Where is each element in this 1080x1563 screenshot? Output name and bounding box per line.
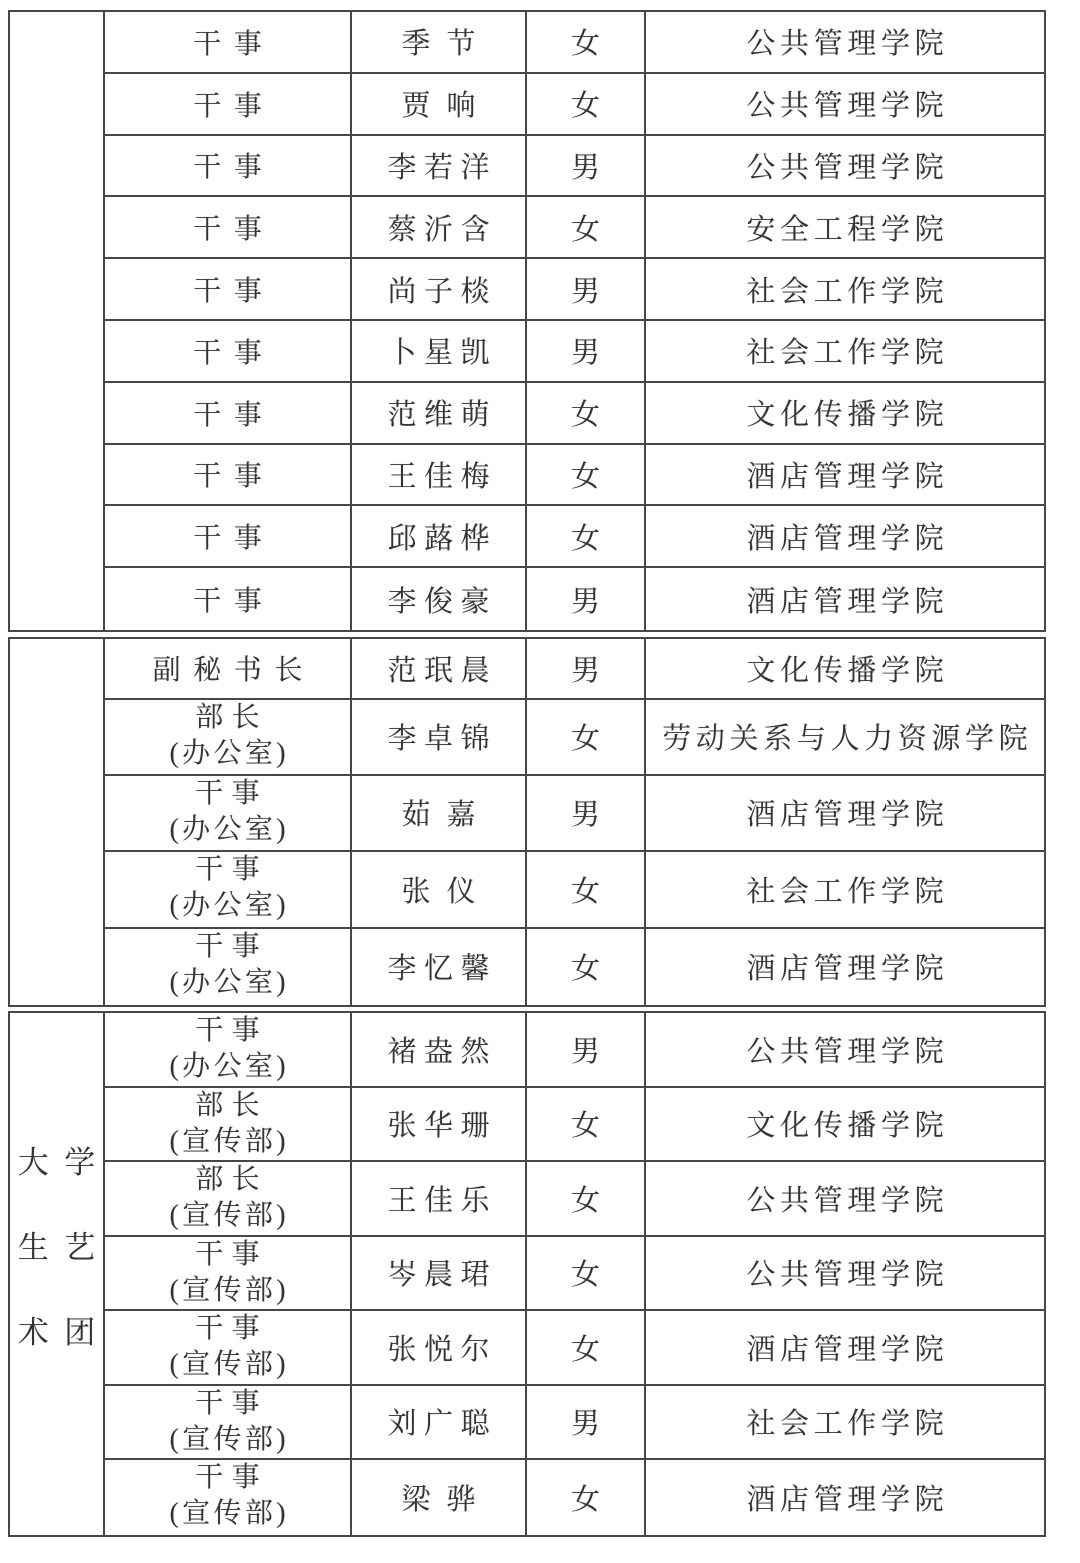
gender-cell: 男 — [527, 639, 646, 700]
name-cell: 褚盎然 — [352, 1013, 527, 1088]
gender-cell: 女 — [527, 506, 646, 568]
position-cell: 部长(办公室) — [105, 700, 352, 776]
gender-cell: 女 — [527, 197, 646, 259]
college-cell: 酒店管理学院 — [646, 1460, 1044, 1535]
group-label-line: 生艺 — [18, 1226, 105, 1269]
membership-table: 干事季节女公共管理学院干事贾响女公共管理学院干事李若洋男公共管理学院干事蔡沂含女… — [8, 10, 1046, 1537]
college-name: 公共管理学院 — [746, 21, 948, 62]
member-name: 范维萌 — [387, 392, 497, 433]
college-name: 文化传播学院 — [746, 392, 948, 433]
position-dept: (宣传部) — [169, 1123, 288, 1160]
college-name: 酒店管理学院 — [746, 516, 948, 557]
gender-cell: 女 — [527, 445, 646, 507]
college-cell: 公共管理学院 — [646, 1162, 1044, 1237]
gender-cell: 女 — [527, 1311, 646, 1386]
gender-cell: 女 — [527, 1460, 646, 1535]
group-cell: 大学生艺术团 — [10, 1013, 105, 1535]
member-name: 尚子棪 — [387, 269, 497, 310]
name-cell: 蔡沂含 — [352, 197, 527, 259]
gender-value: 女 — [571, 1327, 600, 1368]
member-name: 季节 — [402, 21, 492, 62]
gender-cell: 男 — [527, 259, 646, 321]
name-cell: 范珉晨 — [352, 639, 527, 700]
gender-value: 男 — [571, 1029, 600, 1070]
position-cell: 干事 — [105, 383, 352, 445]
gender-value: 女 — [571, 516, 600, 557]
gender-value: 男 — [571, 269, 600, 310]
member-name: 岑晨珺 — [387, 1252, 497, 1293]
position-cell: 干事(办公室) — [105, 852, 352, 929]
position-dept: (宣传部) — [169, 1346, 288, 1383]
position-cell: 干事 — [105, 568, 352, 630]
college-name: 酒店管理学院 — [746, 946, 948, 987]
college-name: 酒店管理学院 — [746, 454, 948, 495]
position-cell: 部长(宣传部) — [105, 1088, 352, 1163]
position-title: 干事 — [195, 1460, 268, 1496]
gender-cell: 女 — [527, 383, 646, 445]
group-label-line: 术团 — [18, 1311, 105, 1354]
position-dept: (办公室) — [169, 811, 288, 848]
position-cell: 干事 — [105, 12, 352, 74]
member-name: 卜星凯 — [387, 330, 497, 371]
position-cell: 干事(宣传部) — [105, 1311, 352, 1386]
college-name: 社会工作学院 — [746, 1401, 948, 1442]
college-cell: 公共管理学院 — [646, 1013, 1044, 1088]
name-cell: 李忆馨 — [352, 929, 527, 1005]
position-dept: (宣传部) — [169, 1421, 288, 1458]
member-name: 张悦尔 — [387, 1327, 497, 1368]
gender-cell: 男 — [527, 1386, 646, 1461]
college-cell: 公共管理学院 — [646, 74, 1044, 136]
gender-value: 女 — [571, 392, 600, 433]
member-name: 茹嘉 — [402, 792, 492, 833]
member-name: 王佳乐 — [387, 1178, 497, 1219]
college-cell: 文化传播学院 — [646, 1088, 1044, 1163]
gender-value: 女 — [571, 1252, 600, 1293]
position-dept: (宣传部) — [169, 1495, 288, 1532]
position-title: 部长 — [195, 1088, 268, 1124]
member-name: 蔡沂含 — [387, 207, 497, 248]
name-cell: 茹嘉 — [352, 776, 527, 852]
gender-value: 女 — [571, 454, 600, 495]
position-cell: 干事(宣传部) — [105, 1386, 352, 1461]
position-title: 干事 — [193, 145, 274, 185]
gender-cell: 男 — [527, 136, 646, 198]
member-name: 梁骅 — [402, 1477, 492, 1518]
member-name: 张华珊 — [387, 1103, 497, 1144]
position-cell: 部长(宣传部) — [105, 1162, 352, 1237]
table-section-2: 副秘书长范珉晨男文化传播学院部长(办公室)李卓锦女劳动关系与人力资源学院干事(办… — [8, 637, 1046, 1007]
member-name: 李若洋 — [387, 145, 497, 186]
position-title: 干事 — [193, 84, 274, 124]
position-cell: 干事(办公室) — [105, 929, 352, 1005]
name-cell: 张仪 — [352, 852, 527, 929]
college-cell: 社会工作学院 — [646, 321, 1044, 383]
gender-value: 男 — [571, 145, 600, 186]
college-name: 酒店管理学院 — [746, 1327, 948, 1368]
college-cell: 公共管理学院 — [646, 136, 1044, 198]
position-title: 干事 — [193, 269, 274, 309]
gender-cell: 男 — [527, 1013, 646, 1088]
gender-value: 女 — [571, 1103, 600, 1144]
college-name: 文化传播学院 — [746, 648, 948, 689]
position-dept: (宣传部) — [169, 1272, 288, 1309]
member-name: 李忆馨 — [387, 946, 497, 987]
gender-cell: 女 — [527, 1088, 646, 1163]
position-dept: (宣传部) — [169, 1197, 288, 1234]
gender-value: 男 — [571, 792, 600, 833]
college-name: 酒店管理学院 — [746, 792, 948, 833]
position-title: 干事 — [193, 579, 274, 619]
member-name: 李卓锦 — [387, 716, 497, 757]
gender-cell: 女 — [527, 74, 646, 136]
position-cell: 干事 — [105, 197, 352, 259]
college-cell: 酒店管理学院 — [646, 568, 1044, 630]
college-cell: 酒店管理学院 — [646, 929, 1044, 1005]
gender-value: 男 — [571, 330, 600, 371]
gender-cell: 女 — [527, 929, 646, 1005]
gender-value: 女 — [571, 21, 600, 62]
position-title: 干事 — [195, 1237, 268, 1273]
group-label: 大学生艺术团 — [18, 1141, 96, 1354]
name-cell: 尚子棪 — [352, 259, 527, 321]
gender-cell: 女 — [527, 700, 646, 776]
position-title: 干事 — [193, 516, 274, 556]
gender-cell: 女 — [527, 1162, 646, 1237]
position-title: 干事 — [195, 929, 268, 965]
position-title: 部长 — [195, 1162, 268, 1198]
position-title: 干事 — [195, 1386, 268, 1422]
gender-cell: 男 — [527, 568, 646, 630]
position-title: 干事 — [195, 1311, 268, 1347]
gender-value: 男 — [571, 1401, 600, 1442]
college-cell: 酒店管理学院 — [646, 445, 1044, 507]
position-title: 干事 — [195, 852, 268, 888]
name-cell: 梁骅 — [352, 1460, 527, 1535]
name-cell: 岑晨珺 — [352, 1237, 527, 1312]
group-cell — [10, 639, 105, 1005]
table-section-3: 大学生艺术团干事(办公室)褚盎然男公共管理学院部长(宣传部)张华珊女文化传播学院… — [8, 1011, 1046, 1537]
table-section-1: 干事季节女公共管理学院干事贾响女公共管理学院干事李若洋男公共管理学院干事蔡沂含女… — [8, 10, 1046, 632]
college-cell: 劳动关系与人力资源学院 — [646, 700, 1044, 776]
position-title: 部长 — [195, 700, 268, 736]
position-dept: (办公室) — [169, 964, 288, 1001]
college-cell: 公共管理学院 — [646, 1237, 1044, 1312]
gender-cell: 女 — [527, 1237, 646, 1312]
position-dept: (办公室) — [169, 735, 288, 772]
gender-value: 女 — [571, 207, 600, 248]
name-cell: 范维萌 — [352, 383, 527, 445]
position-title: 干事 — [193, 207, 274, 247]
college-name: 社会工作学院 — [746, 330, 948, 371]
position-cell: 干事(宣传部) — [105, 1237, 352, 1312]
member-name: 贾响 — [402, 83, 492, 124]
name-cell: 贾响 — [352, 74, 527, 136]
position-title: 干事 — [195, 1013, 268, 1049]
position-cell: 干事 — [105, 445, 352, 507]
position-title: 干事 — [193, 22, 274, 62]
college-name: 公共管理学院 — [746, 83, 948, 124]
college-name: 社会工作学院 — [746, 269, 948, 310]
name-cell: 王佳梅 — [352, 445, 527, 507]
gender-value: 女 — [571, 946, 600, 987]
name-cell: 卜星凯 — [352, 321, 527, 383]
college-name: 公共管理学院 — [746, 1252, 948, 1293]
member-name: 张仪 — [402, 869, 492, 910]
position-cell: 干事 — [105, 74, 352, 136]
college-cell: 社会工作学院 — [646, 259, 1044, 321]
college-cell: 社会工作学院 — [646, 1386, 1044, 1461]
name-cell: 李若洋 — [352, 136, 527, 198]
position-cell: 干事 — [105, 259, 352, 321]
college-name: 公共管理学院 — [746, 145, 948, 186]
position-title: 干事 — [193, 331, 274, 371]
position-cell: 副秘书长 — [105, 639, 352, 700]
position-dept: (办公室) — [169, 1048, 288, 1085]
name-cell: 王佳乐 — [352, 1162, 527, 1237]
name-cell: 邱蕗桦 — [352, 506, 527, 568]
position-cell: 干事 — [105, 136, 352, 198]
name-cell: 刘广聪 — [352, 1386, 527, 1461]
college-name: 公共管理学院 — [746, 1029, 948, 1070]
college-cell: 酒店管理学院 — [646, 776, 1044, 852]
position-dept: (办公室) — [169, 887, 288, 924]
college-cell: 文化传播学院 — [646, 383, 1044, 445]
college-name: 文化传播学院 — [746, 1103, 948, 1144]
college-cell: 酒店管理学院 — [646, 506, 1044, 568]
gender-value: 女 — [571, 869, 600, 910]
name-cell: 季节 — [352, 12, 527, 74]
college-cell: 文化传播学院 — [646, 639, 1044, 700]
college-cell: 社会工作学院 — [646, 852, 1044, 929]
gender-cell: 男 — [527, 776, 646, 852]
member-name: 刘广聪 — [387, 1401, 497, 1442]
member-name: 褚盎然 — [387, 1029, 497, 1070]
college-name: 安全工程学院 — [746, 207, 948, 248]
member-name: 李俊豪 — [387, 579, 497, 620]
position-title: 干事 — [195, 776, 268, 812]
position-cell: 干事(办公室) — [105, 1013, 352, 1088]
name-cell: 李俊豪 — [352, 568, 527, 630]
document-page: 干事季节女公共管理学院干事贾响女公共管理学院干事李若洋男公共管理学院干事蔡沂含女… — [0, 0, 1080, 1563]
group-label-line: 大学 — [18, 1141, 105, 1184]
college-name: 公共管理学院 — [746, 1178, 948, 1219]
gender-value: 男 — [571, 648, 600, 689]
college-cell: 公共管理学院 — [646, 12, 1044, 74]
position-title: 干事 — [193, 393, 274, 433]
name-cell: 张悦尔 — [352, 1311, 527, 1386]
member-name: 范珉晨 — [387, 648, 497, 689]
gender-value: 女 — [571, 716, 600, 757]
name-cell: 李卓锦 — [352, 700, 527, 776]
gender-value: 女 — [571, 1477, 600, 1518]
member-name: 王佳梅 — [387, 454, 497, 495]
gender-cell: 男 — [527, 321, 646, 383]
college-cell: 安全工程学院 — [646, 197, 1044, 259]
name-cell: 张华珊 — [352, 1088, 527, 1163]
position-cell: 干事 — [105, 506, 352, 568]
college-name: 社会工作学院 — [746, 869, 948, 910]
position-cell: 干事(办公室) — [105, 776, 352, 852]
college-cell: 酒店管理学院 — [646, 1311, 1044, 1386]
college-name: 酒店管理学院 — [746, 579, 948, 620]
college-name: 酒店管理学院 — [746, 1477, 948, 1518]
gender-cell: 女 — [527, 852, 646, 929]
member-name: 邱蕗桦 — [387, 516, 497, 557]
position-title: 副秘书长 — [153, 648, 315, 688]
college-name: 劳动关系与人力资源学院 — [662, 716, 1032, 757]
gender-value: 女 — [571, 83, 600, 124]
group-cell — [10, 12, 105, 630]
position-title: 干事 — [193, 454, 274, 494]
gender-cell: 女 — [527, 12, 646, 74]
position-cell: 干事(宣传部) — [105, 1460, 352, 1535]
gender-value: 男 — [571, 579, 600, 620]
position-cell: 干事 — [105, 321, 352, 383]
gender-value: 女 — [571, 1178, 600, 1219]
